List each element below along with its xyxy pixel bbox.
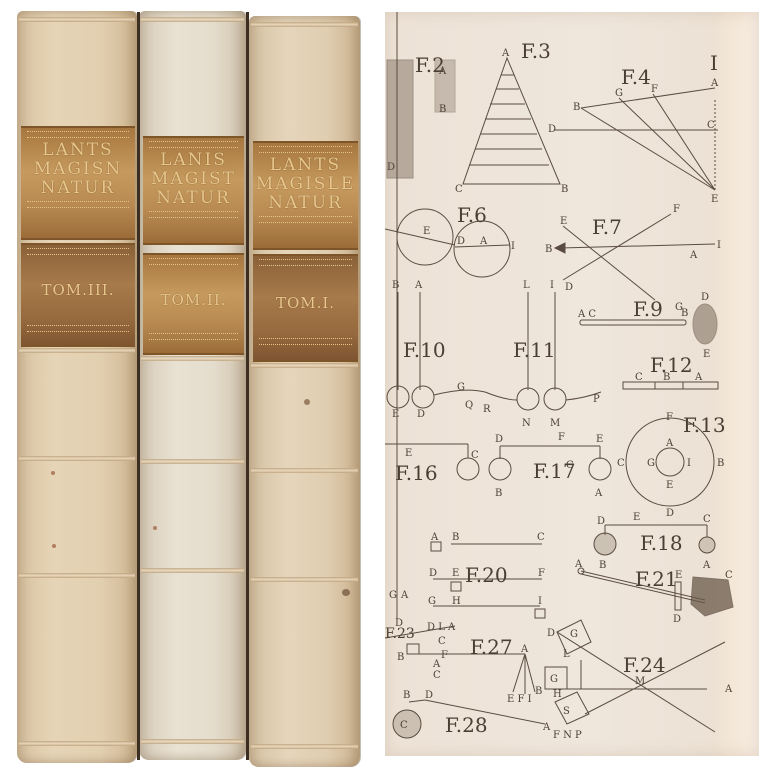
- figure-label: F.20: [465, 563, 508, 587]
- figure-13: F.13 F A G I E C B D: [617, 412, 726, 519]
- figure-label: F.12: [650, 353, 693, 377]
- svg-text:B: B: [573, 102, 580, 113]
- volume-label: TOM.III.: [21, 243, 135, 347]
- title-line: MAGISLE: [253, 175, 358, 194]
- svg-text:D L A: D L A: [427, 622, 456, 633]
- title-line: MAGIST: [143, 170, 244, 189]
- svg-text:N: N: [522, 418, 531, 429]
- svg-text:E: E: [596, 434, 603, 445]
- volume-text: TOM.III.: [21, 280, 135, 300]
- svg-text:E: E: [666, 480, 673, 491]
- book-gap: [137, 12, 140, 760]
- svg-text:C: C: [617, 458, 625, 469]
- figure-17: F.17 D F E C B A: [489, 432, 611, 499]
- engraved-plate: I F.2 A B D A F.3 C B: [385, 12, 759, 756]
- svg-text:D: D: [701, 292, 709, 303]
- svg-text:B: B: [495, 488, 502, 499]
- stain: [342, 589, 350, 596]
- volume-text: TOM.I.: [253, 293, 358, 313]
- spine-band: [19, 456, 135, 461]
- svg-text:A: A: [414, 280, 423, 291]
- svg-text:D: D: [417, 409, 425, 420]
- svg-text:H: H: [553, 689, 562, 700]
- title-line: MAGISN: [21, 160, 135, 179]
- svg-text:G: G: [457, 382, 465, 393]
- svg-text:G: G: [550, 674, 558, 685]
- svg-text:B: B: [392, 280, 399, 291]
- stain: [304, 399, 310, 405]
- svg-text:G: G: [615, 88, 623, 99]
- svg-text:A: A: [689, 250, 698, 261]
- svg-text:A: A: [665, 438, 674, 449]
- svg-text:D: D: [547, 628, 555, 639]
- ornament: [259, 259, 352, 266]
- svg-text:B: B: [452, 532, 459, 543]
- svg-text:G: G: [647, 458, 655, 469]
- spine-band: [141, 568, 244, 573]
- svg-text:C: C: [566, 460, 574, 471]
- svg-text:D: D: [429, 568, 437, 579]
- svg-text:L: L: [523, 280, 530, 291]
- svg-text:F: F: [538, 568, 545, 579]
- svg-text:C: C: [635, 372, 643, 383]
- svg-text:E: E: [405, 448, 412, 459]
- volume-label: TOM.I.: [253, 254, 358, 362]
- svg-text:E: E: [423, 226, 430, 237]
- volume-label: TOM.II.: [143, 253, 244, 355]
- spine-band: [251, 22, 358, 27]
- figure-6: F.6 E D A I: [385, 203, 515, 277]
- svg-text:A: A: [520, 644, 529, 655]
- svg-text:R: R: [483, 404, 491, 415]
- stain: [52, 544, 56, 548]
- spine-band: [251, 363, 358, 368]
- ornament: [27, 201, 129, 208]
- book-volume-3: LANTS MAGISN NATUR TOM.III.: [17, 11, 137, 763]
- figure-3: A F.3 C B: [455, 39, 568, 195]
- spine-band: [251, 468, 358, 473]
- figure-label: F.6: [457, 203, 487, 227]
- svg-text:D: D: [457, 236, 465, 247]
- figure-label: F.3: [521, 39, 551, 63]
- svg-text:E: E: [452, 568, 459, 579]
- figure-11: F.11 L I N M P: [485, 280, 601, 429]
- svg-text:F N P: F N P: [553, 730, 582, 741]
- book-volume-2: LANIS MAGIST NATUR TOM.II.: [139, 11, 246, 760]
- title-label: LANTS MAGISN NATUR: [21, 126, 135, 240]
- book-gap: [246, 12, 249, 760]
- svg-text:G: G: [389, 590, 397, 601]
- svg-text:B: B: [545, 244, 552, 255]
- spine-band: [141, 356, 244, 361]
- figure-label: F.21: [635, 567, 678, 591]
- title-line: NATUR: [143, 189, 244, 208]
- spine-band: [141, 17, 244, 22]
- title-label: LANIS MAGIST NATUR: [143, 136, 244, 245]
- svg-text:A: A: [430, 532, 439, 543]
- svg-text:B: B: [535, 686, 542, 697]
- spine-band: [19, 17, 135, 22]
- ornament: [27, 325, 129, 332]
- ornament: [27, 131, 129, 138]
- svg-text:A: A: [710, 78, 719, 89]
- svg-text:F: F: [441, 650, 448, 661]
- svg-text:A: A: [594, 488, 603, 499]
- figure-10: F.10 B A E D G Q R: [387, 280, 491, 420]
- title-label: LANTS MAGISLE NATUR: [253, 141, 358, 250]
- svg-text:E: E: [633, 512, 640, 523]
- ornament: [259, 216, 352, 223]
- figure-label: F.11: [513, 338, 556, 362]
- ornament: [149, 141, 238, 148]
- figure-label: F.13: [683, 413, 726, 437]
- svg-text:D: D: [387, 162, 395, 173]
- svg-text:S: S: [563, 706, 570, 717]
- svg-text:I: I: [687, 458, 691, 469]
- title-line: LANTS: [21, 141, 135, 160]
- svg-text:A C: A C: [577, 309, 596, 320]
- svg-text:D: D: [597, 516, 605, 527]
- svg-text:I: I: [717, 240, 721, 251]
- svg-text:B: B: [561, 184, 568, 195]
- figure-24: F.24 D G L G B H S F N P M A: [535, 620, 733, 741]
- svg-text:G: G: [428, 596, 436, 607]
- svg-text:A: A: [724, 684, 733, 695]
- stain: [153, 526, 157, 530]
- svg-text:L: L: [563, 649, 570, 660]
- svg-text:P: P: [593, 394, 600, 405]
- spine-band: [19, 741, 135, 746]
- svg-text:I: I: [538, 596, 542, 607]
- svg-text:B: B: [599, 560, 606, 571]
- svg-text:F: F: [558, 432, 565, 443]
- svg-text:D: D: [565, 282, 573, 293]
- svg-text:D: D: [673, 614, 681, 625]
- stain: [51, 471, 55, 475]
- figure-label: F.27: [470, 635, 513, 659]
- svg-text:E: E: [560, 216, 567, 227]
- svg-text:A: A: [432, 659, 441, 670]
- svg-text:A: A: [702, 560, 711, 571]
- svg-text:C: C: [400, 720, 408, 731]
- ornament: [149, 258, 238, 265]
- svg-text:A: A: [694, 372, 703, 383]
- svg-text:E: E: [711, 194, 718, 205]
- title-line: LANTS: [253, 156, 358, 175]
- svg-text:M: M: [550, 418, 560, 429]
- figure-4: F.4 A B G F D C E: [548, 65, 719, 205]
- svg-text:A: A: [438, 66, 447, 77]
- svg-text:B: B: [681, 308, 688, 319]
- svg-text:B: B: [397, 652, 404, 663]
- svg-text:F: F: [673, 204, 680, 215]
- title-line: NATUR: [253, 194, 358, 213]
- svg-text:C: C: [471, 450, 479, 461]
- figure-20: F.20 A B C D E F G H I: [428, 532, 545, 618]
- figure-label: F.7: [592, 215, 622, 239]
- ornament: [27, 248, 129, 255]
- figure-label: F.16: [395, 461, 438, 485]
- svg-text:A: A: [501, 48, 510, 59]
- figure-label: F.18: [640, 531, 683, 555]
- svg-text:D: D: [495, 434, 503, 445]
- ornament: [149, 333, 238, 340]
- svg-text:A: A: [574, 559, 583, 570]
- svg-text:B: B: [717, 458, 724, 469]
- svg-text:C: C: [438, 636, 446, 647]
- svg-text:C: C: [703, 514, 711, 525]
- svg-text:F: F: [651, 84, 658, 95]
- svg-text:B: B: [663, 372, 670, 383]
- figure-label: F.4: [621, 65, 651, 89]
- figure-16: F.16 E C: [385, 444, 479, 485]
- svg-text:I: I: [511, 241, 515, 252]
- svg-text:M: M: [635, 676, 645, 687]
- spine-band: [19, 573, 135, 578]
- book-volume-1: LANTS MAGISLE NATUR TOM.I.: [249, 16, 360, 767]
- svg-text:E: E: [675, 570, 682, 581]
- spine-band: [251, 577, 358, 582]
- svg-text:Q: Q: [465, 400, 473, 411]
- svg-text:D: D: [425, 690, 433, 701]
- figure-label: F.10: [403, 338, 446, 362]
- title-line: LANIS: [143, 151, 244, 170]
- ornament: [149, 211, 238, 218]
- figure-18: F.18 D E C B A: [594, 512, 715, 571]
- figure-label: F.24: [623, 653, 666, 677]
- figure-27: F.27 D L A C F B A C A E F I: [397, 622, 535, 705]
- ornament: [259, 146, 352, 153]
- svg-text:D: D: [548, 124, 556, 135]
- figure-9: F.9 A C B D E: [577, 292, 717, 360]
- spine-band: [19, 348, 135, 353]
- svg-text:B: B: [439, 104, 446, 115]
- svg-text:G: G: [570, 629, 578, 640]
- plate-number: I: [710, 51, 718, 75]
- spine-band: [251, 744, 358, 749]
- spine-band: [141, 459, 244, 464]
- svg-text:E F I: E F I: [507, 694, 532, 705]
- volume-text: TOM.II.: [143, 290, 244, 310]
- plate-figures: I F.2 A B D A F.3 C B: [385, 12, 759, 756]
- title-line: NATUR: [21, 179, 135, 198]
- svg-text:A: A: [542, 722, 551, 733]
- svg-text:C: C: [725, 570, 733, 581]
- spine-band: [141, 739, 244, 744]
- svg-text:I: I: [550, 280, 554, 291]
- svg-text:D: D: [666, 508, 674, 519]
- svg-text:A: A: [400, 590, 409, 601]
- svg-text:H: H: [452, 596, 461, 607]
- svg-text:E: E: [703, 349, 710, 360]
- ornament: [259, 338, 352, 345]
- svg-text:C: C: [707, 120, 715, 131]
- svg-text:C: C: [433, 670, 441, 681]
- svg-text:A: A: [479, 236, 488, 247]
- book-set: LANTS MAGISN NATUR TOM.III. LANIS MAGIST…: [0, 0, 380, 775]
- svg-text:D: D: [395, 618, 403, 629]
- svg-text:C: C: [537, 532, 545, 543]
- figure-label: F.28: [445, 713, 488, 737]
- svg-text:B: B: [403, 690, 410, 701]
- figure-label: F.9: [633, 297, 663, 321]
- svg-text:C: C: [455, 184, 463, 195]
- svg-text:E: E: [392, 409, 399, 420]
- svg-text:F: F: [666, 412, 673, 423]
